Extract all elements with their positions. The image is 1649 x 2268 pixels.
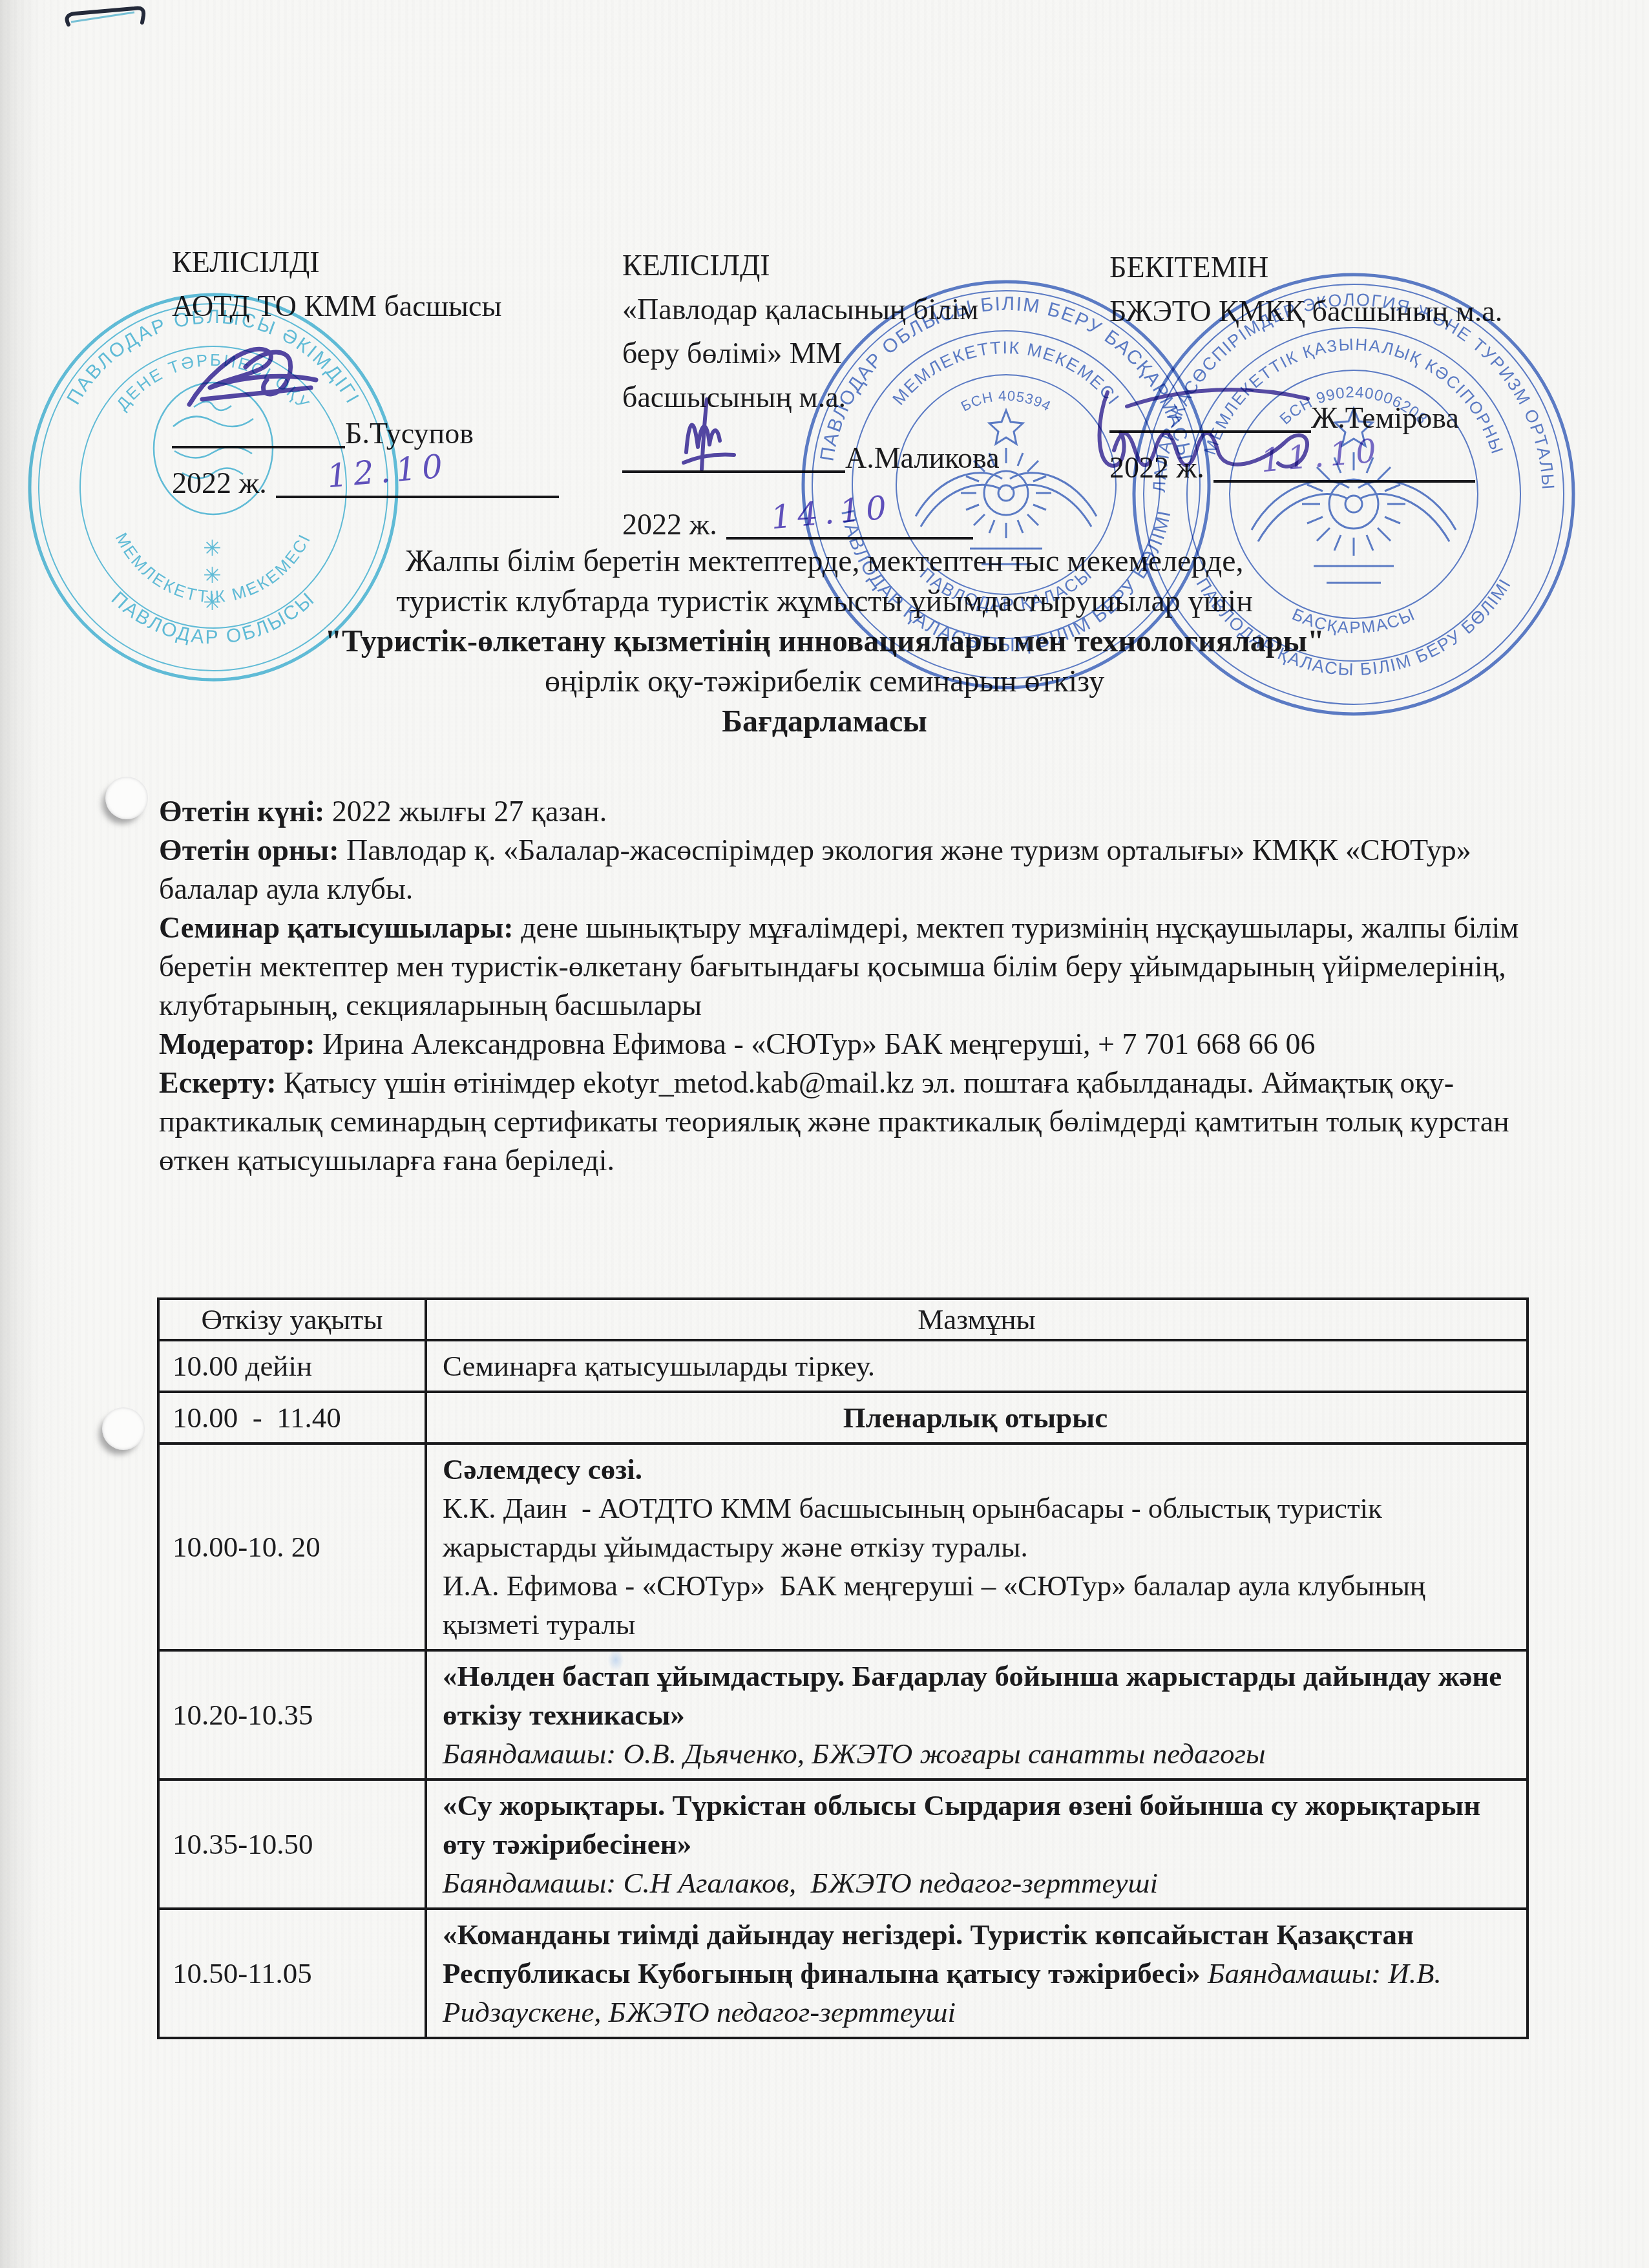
detail-participants: Семинар қатысушылары: дене шынықтыру мұғ… — [159, 908, 1552, 1025]
agenda-item-speaker: Баяндамашы: О.В. Дьяченко, БЖЭТО жоғары … — [443, 1734, 1508, 1773]
table-row: 10.20-10.35 «Нөлден бастап ұйымдастыру. … — [158, 1650, 1528, 1780]
detail-date: Өтетін күні: 2022 жылғы 27 қазан. — [159, 792, 1552, 831]
approval-block-approved: БЕКІТЕМІН БЖЭТО ҚМКҚ басшының м.а. Ж.Тем… — [1109, 246, 1601, 490]
date-line: 2022 ж.11.10 — [1109, 445, 1601, 490]
approval-block-agreed-1: КЕЛІСІЛДІ АОТД ТО КММ басшысы Б.Тусупов … — [172, 240, 572, 505]
table-row: 10.35-10.50 «Су жорықтары. Түркістан обл… — [158, 1780, 1528, 1909]
title-line: Жалпы білім беретін мектептерде, мектепт… — [0, 541, 1649, 582]
title-line-program: Бағдарламасы — [0, 702, 1649, 742]
approver-name: Б.Тусупов — [345, 417, 474, 450]
schedule-time: 10.00-10. 20 — [158, 1444, 426, 1650]
schedule-content: Сәлемдесу сөзі. К.К. Даин - АОТДТО КММ б… — [426, 1444, 1528, 1650]
title-line-seminar-name: "Туристік-өлкетану қызметінің инновациял… — [0, 622, 1649, 662]
year-label: 2022 ж. — [622, 508, 717, 541]
agenda-item-line: И.А. Ефимова - «СЮТур» БАК меңгеруші – «… — [443, 1566, 1508, 1644]
approver-name: Ж.Темірова — [1311, 401, 1459, 434]
date-underline: 11.10 — [1213, 450, 1475, 483]
title-line: туристік клубтарда туристік жұмысты ұйым… — [0, 582, 1649, 622]
table-row: 10.00 - 11.40 Пленарлық отырыс — [158, 1392, 1528, 1444]
agenda-item-title: Сәлемдесу сөзі. — [443, 1450, 1508, 1489]
agenda-item-speaker: Баяндамашы: С.Н Агалаков, БЖЭТО педагог-… — [443, 1864, 1508, 1902]
schedule-time: 10.35-10.50 — [158, 1780, 426, 1909]
approval-heading: КЕЛІСІЛДІ — [622, 244, 1049, 288]
schedule-time: 10.00 - 11.40 — [158, 1392, 426, 1444]
schedule-table: Өткізу уақыты Мазмұны 10.00 дейін Семина… — [157, 1297, 1529, 2039]
year-label: 2022 ж. — [1109, 451, 1204, 484]
detail-moderator: Модератор: Ирина Александровна Ефимова -… — [159, 1025, 1552, 1064]
date-underline: 14.10 — [726, 507, 973, 540]
approver-name: А.Маликова — [845, 441, 1000, 474]
schedule-content: «Нөлден бастап ұйымдастыру. Бағдарлау бо… — [426, 1650, 1528, 1780]
schedule-time: 10.20-10.35 — [158, 1650, 426, 1780]
signature-underline — [172, 416, 345, 448]
table-row: 10.00 дейін Семинарға қатысушыларды тірк… — [158, 1340, 1528, 1392]
date-underline: 12.10 — [276, 466, 559, 498]
document-title: Жалпы білім беретін мектептерде, мектепт… — [0, 541, 1649, 742]
signature-line: А.Маликова — [622, 436, 1049, 480]
signature-underline — [622, 441, 845, 473]
table-row: 10.50-11.05 «Команданы тиімді дайындау н… — [158, 1909, 1528, 2038]
approval-heading: КЕЛІСІЛДІ — [172, 240, 572, 284]
approval-org: АОТД ТО КММ басшысы — [172, 284, 572, 328]
agenda-item-line: К.К. Даин - АОТДТО КММ басшысының орынба… — [443, 1489, 1508, 1566]
signature-underline — [1109, 401, 1311, 433]
schedule-content-plenary: Пленарлық отырыс — [426, 1392, 1528, 1444]
signature-line: Б.Тусупов — [172, 411, 572, 456]
schedule-content: «Су жорықтары. Түркістан облысы Сырдария… — [426, 1780, 1528, 1909]
table-row: 10.00-10. 20 Сәлемдесу сөзі. К.К. Даин -… — [158, 1444, 1528, 1650]
schedule-time: 10.50-11.05 — [158, 1909, 426, 2038]
hole-punch — [102, 1407, 145, 1450]
agenda-item-title: «Су жорықтары. Түркістан облысы Сырдария… — [443, 1786, 1508, 1864]
schedule-content: Семинарға қатысушыларды тіркеу. — [426, 1340, 1528, 1392]
schedule-time: 10.00 дейін — [158, 1340, 426, 1392]
hole-punch — [105, 777, 148, 819]
table-header-row: Өткізу уақыты Мазмұны — [158, 1299, 1528, 1340]
approval-org: беру бөлімі» ММ — [622, 331, 1049, 375]
approval-block-agreed-2: КЕЛІСІЛДІ «Павлодар қаласының білім беру… — [622, 244, 1049, 547]
column-header-content: Мазмұны — [426, 1299, 1528, 1340]
schedule-content: «Команданы тиімді дайындау негіздері. Ту… — [426, 1909, 1528, 2038]
year-label: 2022 ж. — [172, 467, 267, 499]
detail-note: Ескерту: Қатысу үшін өтінімдер ekotyr_me… — [159, 1064, 1552, 1180]
agenda-item-title: «Нөлден бастап ұйымдастыру. Бағдарлау бо… — [443, 1657, 1508, 1734]
title-line: өңірлік оқу-тәжірибелік семинарын өткізу — [0, 662, 1649, 702]
column-header-time: Өткізу уақыты — [158, 1299, 426, 1340]
date-line: 2022 ж.14.10 — [622, 502, 1049, 547]
approval-org: «Павлодар қаласының білім — [622, 288, 1049, 331]
handwritten-date: 14.10 — [769, 485, 894, 540]
detail-place: Өтетін орны: Павлодар қ. «Балалар-жасөсп… — [159, 831, 1552, 908]
seminar-details: Өтетін күні: 2022 жылғы 27 қазан. Өтетін… — [159, 792, 1552, 1180]
approval-org: басшысының м.а. — [622, 375, 1049, 419]
staple-mark — [62, 4, 149, 31]
date-line: 2022 ж.12.10 — [172, 461, 572, 505]
approval-heading: БЕКІТЕМІН — [1109, 246, 1601, 289]
approval-org: БЖЭТО ҚМКҚ басшының м.а. — [1109, 289, 1601, 333]
